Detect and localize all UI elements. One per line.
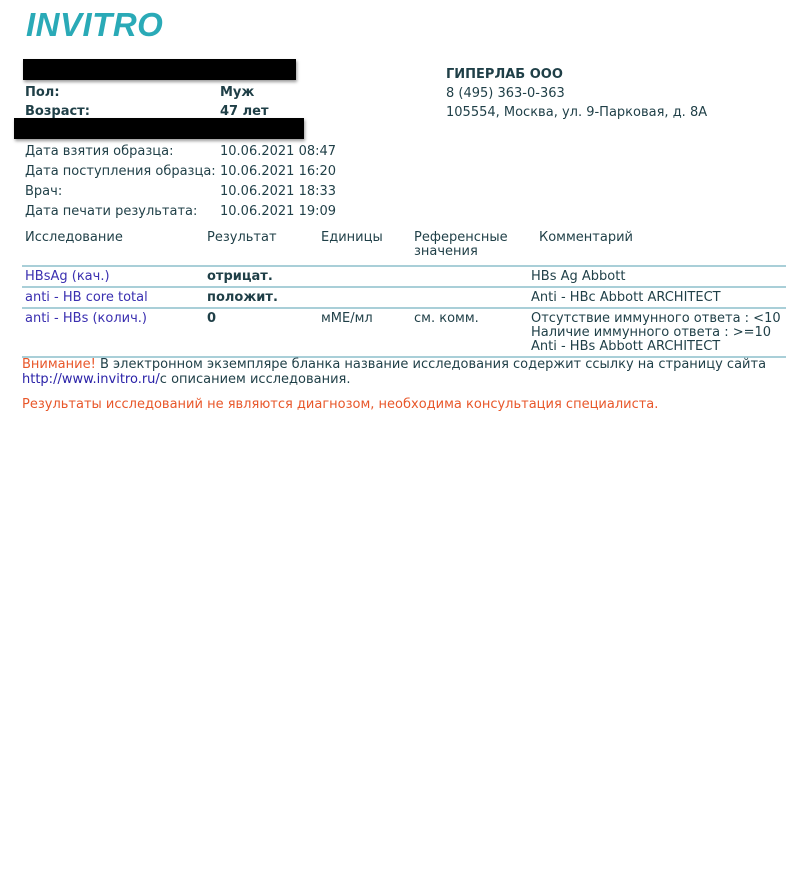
invitro-url-link[interactable]: http://www.invitro.ru/ bbox=[22, 372, 160, 387]
results-table: Исследование Результат Единицы Референсн… bbox=[22, 229, 786, 358]
test-link[interactable]: anti - HB core total bbox=[25, 290, 148, 305]
redacted-patient-name bbox=[23, 59, 296, 80]
reference-value bbox=[411, 266, 528, 287]
reference-value: см. комм. bbox=[411, 308, 528, 357]
header-units: Единицы bbox=[318, 229, 411, 266]
units-value bbox=[318, 287, 411, 308]
result-value: 0 bbox=[204, 308, 318, 357]
header-result: Результат bbox=[204, 229, 318, 266]
age-value: 47 лет bbox=[220, 102, 269, 121]
lab-info: ГИПЕРЛАБ ООО 8 (495) 363-0-363 105554, М… bbox=[446, 65, 707, 122]
comment-value: Anti - HBc Abbott ARCHITECT bbox=[528, 287, 786, 308]
header-comment: Комментарий bbox=[528, 229, 786, 266]
disclaimer: Результаты исследований не являются диаг… bbox=[22, 397, 658, 412]
lab-phone: 8 (495) 363-0-363 bbox=[446, 84, 707, 103]
comment-value: HBs Ag Abbott bbox=[528, 266, 786, 287]
sex-label: Пол: bbox=[25, 83, 220, 102]
date-label: Дата взятия образца: bbox=[25, 142, 220, 162]
header-reference: Референсные значения bbox=[411, 229, 528, 266]
patient-info: Пол: Муж Возраст: 47 лет bbox=[25, 83, 269, 121]
redacted-patient-info bbox=[14, 118, 304, 139]
attention-text-2: с описанием исследования. bbox=[160, 372, 351, 387]
result-value: отрицат. bbox=[204, 266, 318, 287]
reference-value bbox=[411, 287, 528, 308]
table-row: HBsAg (кач.) отрицат. HBs Ag Abbott bbox=[22, 266, 786, 287]
table-row: anti - HBs (колич.) 0 мМЕ/мл см. комм. О… bbox=[22, 308, 786, 357]
units-value bbox=[318, 266, 411, 287]
date-label: Врач: bbox=[25, 182, 220, 202]
lab-name: ГИПЕРЛАБ ООО bbox=[446, 65, 707, 84]
date-value: 10.06.2021 18:33 bbox=[220, 182, 336, 202]
date-value: 10.06.2021 16:20 bbox=[220, 162, 336, 182]
table-header: Исследование Результат Единицы Референсн… bbox=[22, 229, 786, 266]
lab-address: 105554, Москва, ул. 9-Парковая, д. 8А bbox=[446, 103, 707, 122]
sex-value: Муж bbox=[220, 83, 254, 102]
sample-dates: Дата взятия образца: 10.06.2021 08:47 Да… bbox=[25, 142, 336, 222]
result-value: положит. bbox=[204, 287, 318, 308]
table-row: anti - HB core total положит. Anti - HBc… bbox=[22, 287, 786, 308]
units-value: мМЕ/мл bbox=[318, 308, 411, 357]
test-link[interactable]: HBsAg (кач.) bbox=[25, 269, 110, 284]
header-test: Исследование bbox=[22, 229, 204, 266]
date-value: 10.06.2021 19:09 bbox=[220, 202, 336, 222]
attention-text: В электронном экземпляре бланка название… bbox=[96, 357, 766, 372]
invitro-logo: INVITRO bbox=[26, 6, 163, 44]
attention-label: Внимание! bbox=[22, 357, 96, 372]
date-label: Дата печати результата: bbox=[25, 202, 220, 222]
test-link[interactable]: anti - HBs (колич.) bbox=[25, 311, 147, 326]
age-label: Возраст: bbox=[25, 102, 220, 121]
attention-note: Внимание! В электронном экземпляре бланк… bbox=[22, 357, 792, 387]
comment-value: Отсутствие иммунного ответа : <10 Наличи… bbox=[528, 308, 786, 357]
date-value: 10.06.2021 08:47 bbox=[220, 142, 336, 162]
date-label: Дата поступления образца: bbox=[25, 162, 220, 182]
